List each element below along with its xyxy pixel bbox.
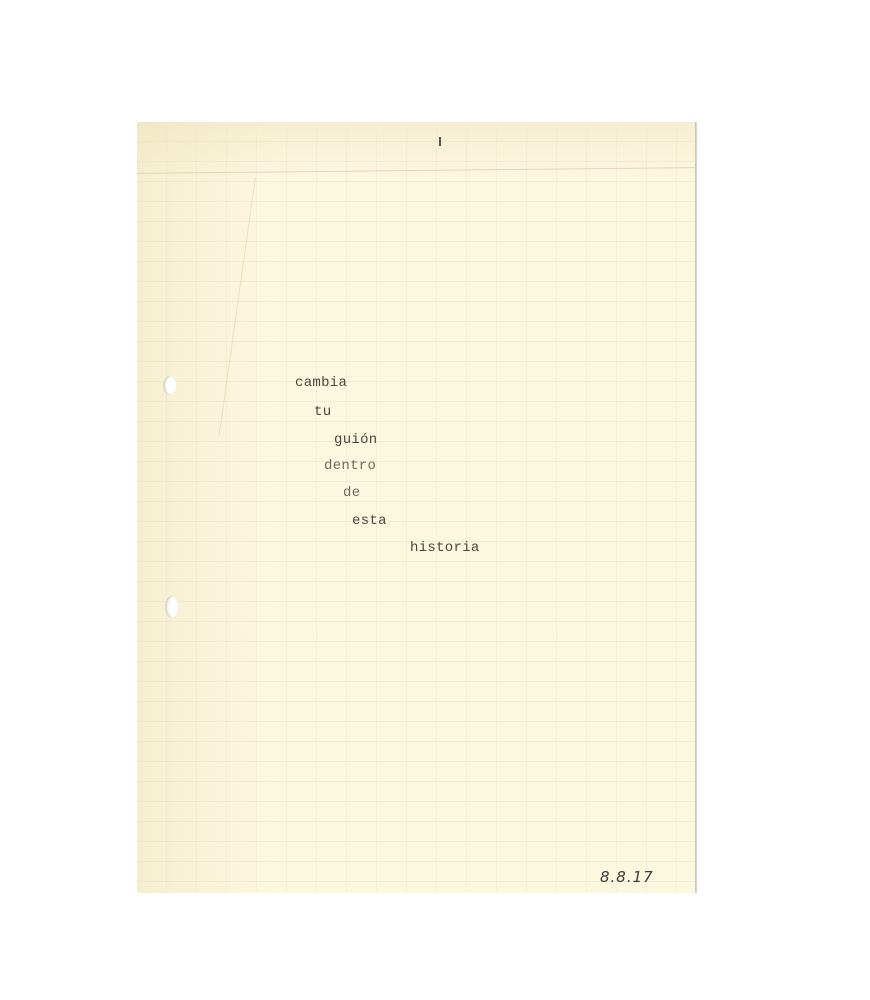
poem-line: historia bbox=[410, 540, 480, 556]
punch-hole-bottom bbox=[165, 596, 178, 618]
paper-crease bbox=[219, 177, 256, 435]
poem-line: cambia bbox=[295, 375, 347, 391]
fold-line bbox=[137, 167, 695, 174]
poem-line: de bbox=[343, 485, 360, 501]
poem-line: guión bbox=[334, 432, 378, 448]
handwritten-date: 8.8.17 bbox=[600, 868, 654, 886]
paper-sheet: cambia tu guión dentro de esta historia … bbox=[137, 122, 695, 893]
punch-hole-top bbox=[163, 376, 176, 395]
poem-line: dentro bbox=[324, 458, 376, 474]
poem-line: esta bbox=[352, 513, 387, 529]
pen-tick-mark bbox=[439, 137, 441, 146]
poem-line: tu bbox=[314, 404, 331, 420]
